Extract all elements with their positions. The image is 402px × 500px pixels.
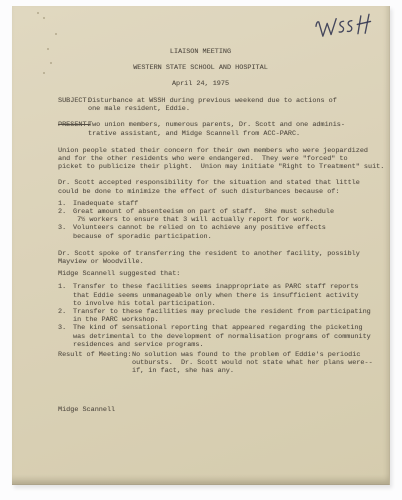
list-item-number: 2. [58, 208, 73, 224]
result-block: Result of Meeting: No solution was found… [58, 351, 388, 376]
list-item-number: 3. [58, 324, 73, 349]
doc-title: LIAISON MEETING [12, 48, 389, 56]
list-item-number: 1. [58, 283, 73, 308]
present-text: Two union members, numerous parents, Dr.… [88, 121, 388, 137]
subject-text: Disturbance at WSSH during previous week… [88, 97, 388, 113]
list-item: 3. Volunteers cannot be relied on to ach… [58, 224, 388, 240]
result-text: No solution was found to the problem of … [132, 351, 388, 376]
list-item-number: 3. [58, 224, 73, 240]
doc-body: SUBJECT: Disturbance at WSSH during prev… [58, 97, 388, 376]
signature: Midge Scannell [58, 406, 115, 414]
list-item: 1. Transfer to these facilities seems in… [58, 283, 388, 308]
doc-date: April 24, 1975 [12, 80, 389, 88]
paragraph-union: Union people stated their concern for th… [58, 147, 388, 172]
doc-org: WESTERN STATE SCHOOL AND HOSPITAL [12, 64, 389, 72]
paper: WSSH LIAISON MEETING WESTERN STATE SCHOO… [12, 6, 390, 485]
present-block: PRESENT: Two union members, numerous par… [58, 121, 388, 137]
list-item: 1. Inadequate staff [58, 200, 388, 208]
list-item-number: 1. [58, 200, 73, 208]
paragraph-scott-intro: Dr. Scott accepted responsibility for th… [58, 179, 388, 195]
list-item-text: Transfer to these facilities seems inapp… [73, 283, 388, 308]
paper-speck [55, 33, 57, 35]
list-item: 2. Great amount of absenteeism on part o… [58, 208, 388, 224]
list-item-number: 2. [58, 308, 73, 324]
list-item-text: Volunteers cannot be relied on to achiev… [73, 224, 388, 240]
paragraph-transfer: Dr. Scott spoke of transferring the resi… [58, 250, 388, 266]
list-item: 3. The kind of sensational reporting tha… [58, 324, 388, 349]
list-item-text: Transfer to these facilities may preclud… [73, 308, 388, 324]
list-item: 2. Transfer to these facilities may prec… [58, 308, 388, 324]
subject-block: SUBJECT: Disturbance at WSSH during prev… [58, 97, 388, 113]
subject-label: SUBJECT: [58, 97, 91, 105]
midge-list: 1. Transfer to these facilities seems in… [58, 283, 388, 349]
present-label: PRESENT: [58, 121, 91, 129]
doc-header: LIAISON MEETING WESTERN STATE SCHOOL AND… [12, 48, 389, 96]
list-item-text: Great amount of absenteeism on part of s… [73, 208, 388, 224]
paper-speck [37, 12, 39, 14]
scott-list: 1. Inadequate staff 2. Great amount of a… [58, 200, 388, 241]
result-label: Result of Meeting: [58, 351, 131, 359]
scanned-page: WSSH LIAISON MEETING WESTERN STATE SCHOO… [0, 0, 402, 500]
list-item-text: Inadequate staff [73, 200, 388, 208]
paper-speck [43, 17, 45, 19]
list-item-text: The kind of sensational reporting that a… [73, 324, 388, 349]
handwritten-wssh-annotation [311, 12, 375, 43]
paragraph-midge-intro: Midge Scannell suggested that: [58, 270, 388, 278]
